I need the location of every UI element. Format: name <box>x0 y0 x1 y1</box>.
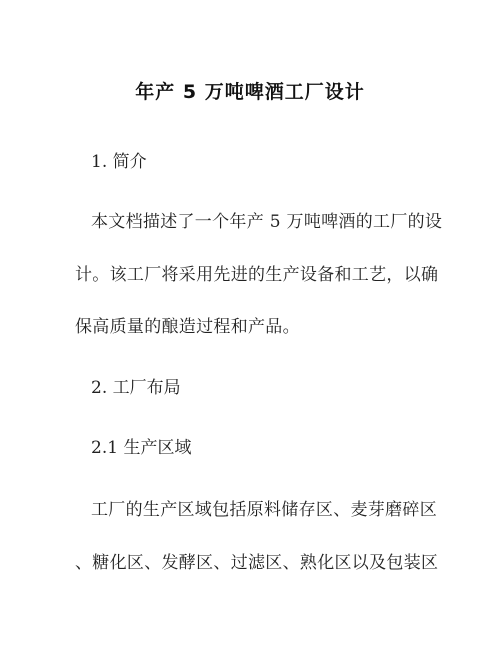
paragraph-line: 计。该工厂将采用先进的生产设备和工艺，以确 <box>75 260 435 285</box>
paragraph-line: 、糖化区、发酵区、过滤区、熟化区以及包装区 <box>75 548 435 573</box>
document-page: 年产 5 万吨啤酒工厂设计 1. 简介 本文档描述了一个年产 5 万吨啤酒的工厂… <box>0 0 500 647</box>
subsection-heading-production-area: 2.1 生产区域 <box>91 433 191 458</box>
section-heading-introduction: 1. 简介 <box>91 147 147 172</box>
paragraph-line: 工厂的生产区域包括原料储存区、麦芽磨碎区 <box>91 495 451 520</box>
paragraph-line: 本文档描述了一个年产 5 万吨啤酒的工厂的设 <box>91 207 451 232</box>
paragraph-line: 保高质量的酿造过程和产品。 <box>75 312 435 337</box>
document-title: 年产 5 万吨啤酒工厂设计 <box>0 77 500 104</box>
section-heading-factory-layout: 2. 工厂布局 <box>91 373 181 398</box>
